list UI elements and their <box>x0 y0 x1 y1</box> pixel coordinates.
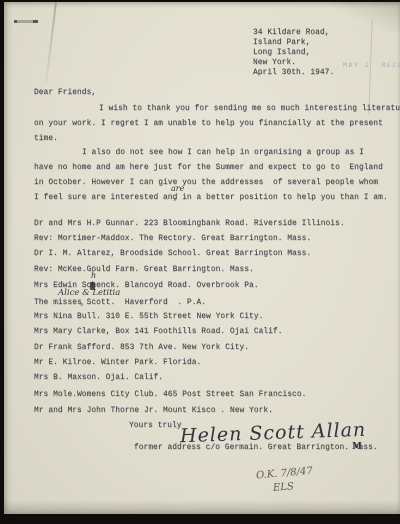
body-line: time. <box>34 135 58 144</box>
letter-paper: 34 Kildare Road, Island Park, Long Islan… <box>4 2 400 514</box>
fold-crease-top-left <box>45 2 57 84</box>
corner-pencil-mark <box>14 20 38 23</box>
handwritten-names: Alice & Letitia <box>58 288 120 298</box>
handwritten-insert-h: h <box>91 271 96 280</box>
postscript: former address c/o Germain. Great Barrin… <box>134 444 378 453</box>
insertion-caret: ˄ <box>173 197 177 204</box>
scanned-letter: 34 Kildare Road, Island Park, Long Islan… <box>0 0 400 524</box>
body-line: I wish to thank you for sending me so mu… <box>99 105 400 114</box>
signature: Helen Scott Allan <box>180 419 367 447</box>
bottom-edge-shadow <box>4 500 400 514</box>
address-line: Mr and Mrs John Thorne Jr. Mount Kisco .… <box>34 407 273 416</box>
corner-shade-top-right <box>330 2 400 32</box>
salutation: Dear Friends, <box>34 89 96 98</box>
sender-address-line: Island Park, <box>253 39 310 48</box>
closing: Yours truly <box>129 422 182 431</box>
body-line: I feel sure are interested and in a bett… <box>34 194 388 203</box>
received-stamp: MAY 2 RECD <box>343 62 400 69</box>
handwritten-insert-are: are <box>171 184 184 193</box>
address-line: Rev: McKee.Gould Farm. Great Barrington.… <box>34 266 254 275</box>
address-line: Mrs Mole.Womens City Club. 465 Post Stre… <box>34 391 306 400</box>
address-line: Rev: Mortimer-Maddox. The Rectory. Great… <box>34 235 311 244</box>
insertion-caret: ˄ <box>80 302 84 309</box>
address-line: Mrs B. Maxson. Ojai. Calif. <box>34 374 163 383</box>
address-line: Mrs Mary Clarke, Box 141 Foothills Road.… <box>34 328 283 337</box>
sender-address-line: New York. <box>253 59 296 68</box>
body-line: I also do not see how I can help in orga… <box>82 149 364 158</box>
address-line: The misses Scott. Haverford . P.A. <box>34 299 206 308</box>
body-line: have no home and am here just for the Su… <box>34 164 383 173</box>
overwritten-M: M <box>352 442 362 452</box>
body-line: in October. However I can give you the a… <box>34 179 378 188</box>
address-line: Dr Frank Safford. 853 7th Ave. New York … <box>34 344 249 353</box>
sender-address-line: 34 Kildare Road, <box>253 29 329 38</box>
approval-initials: ELS <box>273 481 295 493</box>
body-line: on your work. I regret I am unable to he… <box>34 120 383 129</box>
address-line: Dr and Mrs H.P Gunnar. 223 Bloomingbank … <box>34 220 345 229</box>
address-line: Dr I. M. Altarez, Broodside School. Grea… <box>34 250 311 259</box>
letter-date: April 30th. 1947. <box>253 69 334 78</box>
approval-note: O.K. 7/8/47 <box>256 466 314 482</box>
address-line: Mr E. Kilroe. Winter Park. Florida. <box>34 359 201 368</box>
address-line: Mrs Nina Bull. 310 E. 55th Street New Yo… <box>34 313 263 322</box>
sender-address-line: Long Island, <box>253 49 310 58</box>
